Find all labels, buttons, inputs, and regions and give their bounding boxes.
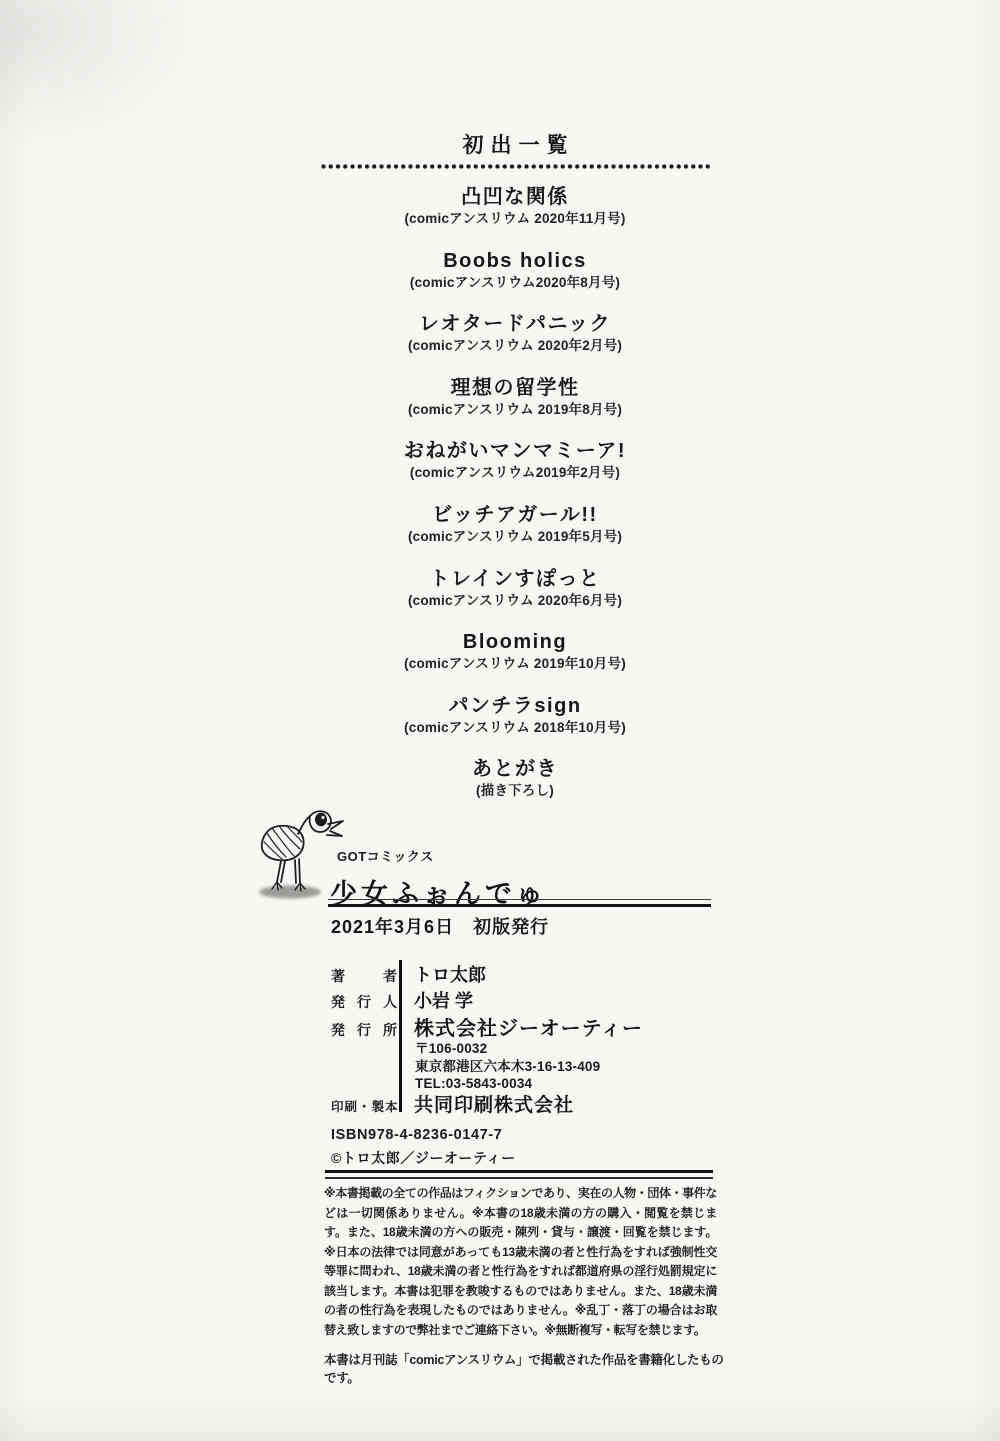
work-source: (描き下ろし) <box>318 781 712 801</box>
work-title: おねがいマンマミーア! <box>318 439 712 463</box>
edition-date: 2021年3月6日 初版発行 <box>331 913 549 939</box>
work-title: パンチラsign <box>318 694 712 718</box>
credit-row-printer: 印刷・製本 共同印刷株式会社 <box>331 1090 574 1117</box>
work-source: (comicアンスリウム 2018年10月号) <box>318 718 712 738</box>
legal-divider <box>325 1170 713 1179</box>
legal-disclaimer: ※本書掲載の全ての作品はフィクションであり、実在の人物・団体・事件などは一切関係… <box>324 1184 717 1340</box>
list-item: おねがいマンマミーア! (comicアンスリウム2019年2月号) <box>318 439 712 503</box>
work-title: あとがき <box>318 757 712 781</box>
credit-row-publisher: 発 行 所 株式会社ジーオーティー <box>331 1012 643 1041</box>
work-source: (comicアンスリウム 2020年6月号) <box>318 591 712 611</box>
list-item: ビッチアガール!! (comicアンスリウム 2019年5月号) <box>318 503 712 567</box>
list-item: Boobs holics (comicアンスリウム2020年8月号) <box>318 249 712 313</box>
street-address: 東京都港区六本木3-16-13-409 <box>415 1058 600 1076</box>
first-publication-heading: 初出一覧 <box>320 129 710 159</box>
credit-value: トロ太郎 <box>414 961 486 987</box>
list-item: Blooming (comicアンスリウム 2019年10月号) <box>318 630 712 694</box>
postal-code: 〒106-0032 <box>415 1040 600 1058</box>
work-source: (comicアンスリウム 2019年5月号) <box>318 527 712 547</box>
work-title: 理想の留学性 <box>318 376 712 400</box>
colophon-page: 初出一覧 凸凹な関係 (comicアンスリウム 2020年11月号) Boobs… <box>0 0 1000 1441</box>
list-item: トレインすぽっと (comicアンスリウム 2020年6月号) <box>318 567 712 631</box>
work-title: 凸凹な関係 <box>318 185 712 209</box>
imprint-series-label: GOTコミックス <box>337 846 434 865</box>
credit-value: 共同印刷株式会社 <box>414 1090 574 1117</box>
credit-label: 著 者 <box>331 966 397 986</box>
copyright: ©トロ太郎／ジーオーティー <box>331 1148 516 1168</box>
work-title: レオタードパニック <box>318 312 712 336</box>
credit-row-author: 著 者 トロ太郎 <box>331 961 486 987</box>
work-source: (comicアンスリウム 2020年2月号) <box>318 336 712 356</box>
work-source: (comicアンスリウム 2020年11月号) <box>318 209 712 229</box>
list-item: あとがき (描き下ろし) <box>318 757 712 821</box>
credit-label: 印刷・製本 <box>331 1097 397 1115</box>
credit-row-publisher-person: 発 行 人 小岩 学 <box>331 987 473 1013</box>
publisher-address: 〒106-0032 東京都港区六本木3-16-13-409 TEL:03-584… <box>415 1040 600 1093</box>
list-item: パンチラsign (comicアンスリウム 2018年10月号) <box>318 694 712 758</box>
list-item: 理想の留学性 (comicアンスリウム 2019年8月号) <box>318 376 712 440</box>
title-divider <box>328 899 711 907</box>
work-title: Boobs holics <box>318 249 712 273</box>
work-source: (comicアンスリウム2019年2月号) <box>318 463 712 483</box>
work-title: トレインすぽっと <box>318 567 712 591</box>
isbn: ISBN978-4-8236-0147-7 <box>331 1127 502 1143</box>
credit-label: 発 行 人 <box>331 992 397 1012</box>
first-publication-list: 凸凹な関係 (comicアンスリウム 2020年11月号) Boobs holi… <box>318 185 712 821</box>
credit-value: 小岩 学 <box>414 987 473 1013</box>
work-source: (comicアンスリウム2020年8月号) <box>318 273 712 293</box>
work-title: ビッチアガール!! <box>318 503 712 527</box>
serialization-note: 本書は月刊誌「comicアンスリウム」で掲載された作品を書籍化したものです。 <box>324 1350 724 1386</box>
work-source: (comicアンスリウム 2019年10月号) <box>318 654 712 674</box>
work-title: Blooming <box>318 630 712 654</box>
list-item: 凸凹な関係 (comicアンスリウム 2020年11月号) <box>318 185 712 249</box>
credit-label: 発 行 所 <box>331 1020 397 1040</box>
dotted-divider <box>320 163 711 171</box>
work-source: (comicアンスリウム 2019年8月号) <box>318 400 712 420</box>
list-item: レオタードパニック (comicアンスリウム 2020年2月号) <box>318 312 712 376</box>
credit-value: 株式会社ジーオーティー <box>414 1012 643 1041</box>
